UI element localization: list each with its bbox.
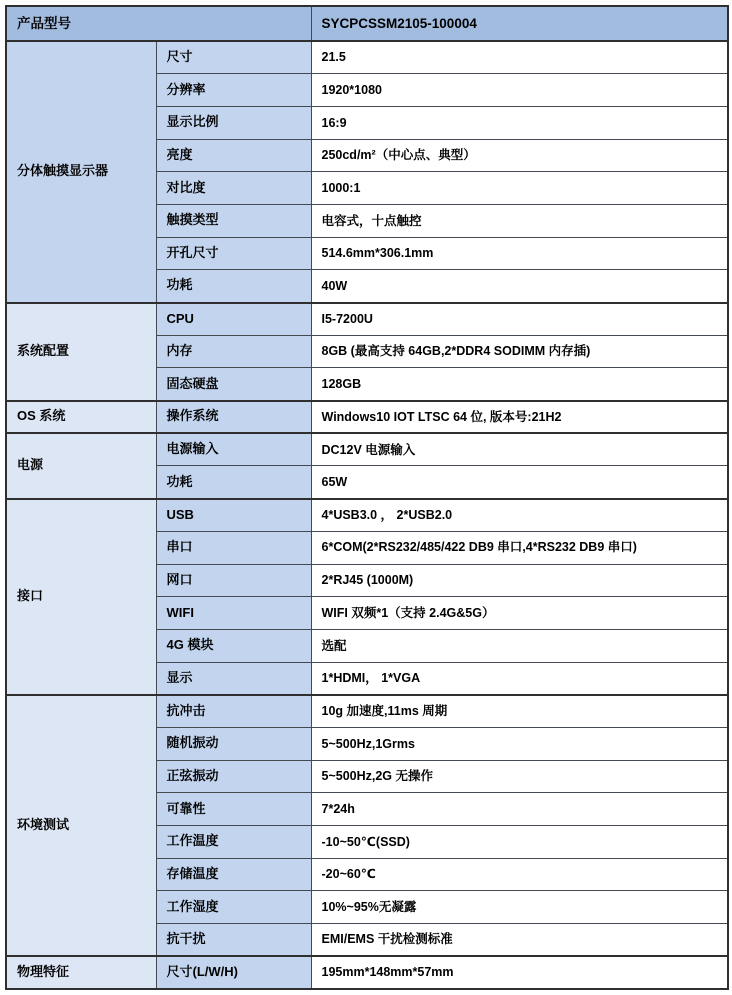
spec-label: 亮度 — [156, 139, 311, 172]
spec-label: 分辨率 — [156, 74, 311, 107]
spec-label: 工作湿度 — [156, 891, 311, 924]
spec-label: 对比度 — [156, 172, 311, 205]
spec-label: 显示比例 — [156, 106, 311, 139]
section-cell-display: 分体触摸显示器 — [6, 41, 156, 303]
spec-value: Windows10 IOT LTSC 64 位, 版本号:21H2 — [311, 401, 728, 434]
table-row: 系统配置 CPU I5-7200U — [6, 303, 728, 336]
spec-label: 显示 — [156, 662, 311, 695]
section-cell-power: 电源 — [6, 433, 156, 498]
spec-label: 操作系统 — [156, 401, 311, 434]
spec-value: 1920*1080 — [311, 74, 728, 107]
spec-label: 触摸类型 — [156, 204, 311, 237]
table-row: OS 系统 操作系统 Windows10 IOT LTSC 64 位, 版本号:… — [6, 401, 728, 434]
spec-label: 随机振动 — [156, 727, 311, 760]
spec-label: 串口 — [156, 531, 311, 564]
section-cell-physical: 物理特征 — [6, 956, 156, 989]
spec-label: 内存 — [156, 335, 311, 368]
section-cell-io: 接口 — [6, 499, 156, 695]
spec-label: 电源输入 — [156, 433, 311, 466]
spec-value: WIFI 双频*1（支持 2.4G&5G） — [311, 597, 728, 630]
spec-value: 10%~95%无凝露 — [311, 891, 728, 924]
table-row: 环境测试 抗冲击 10g 加速度,11ms 周期 — [6, 695, 728, 728]
spec-label: 开孔尺寸 — [156, 237, 311, 270]
spec-value: 21.5 — [311, 41, 728, 74]
spec-value: 128GB — [311, 368, 728, 401]
spec-value: 65W — [311, 466, 728, 499]
spec-label: 固态硬盘 — [156, 368, 311, 401]
product-spec-table: 产品型号 SYCPCSSM2105-100004 分体触摸显示器 尺寸 21.5… — [5, 5, 729, 990]
table-header-row: 产品型号 SYCPCSSM2105-100004 — [6, 6, 728, 41]
spec-value: DC12V 电源输入 — [311, 433, 728, 466]
table-row: 物理特征 尺寸(L/W/H) 195mm*148mm*57mm — [6, 956, 728, 989]
spec-label: CPU — [156, 303, 311, 336]
spec-label: USB — [156, 499, 311, 532]
spec-label: 存储温度 — [156, 858, 311, 891]
table-row: 接口 USB 4*USB3.0 ， 2*USB2.0 — [6, 499, 728, 532]
spec-value: 10g 加速度,11ms 周期 — [311, 695, 728, 728]
section-cell-environment: 环境测试 — [6, 695, 156, 957]
spec-value: 电容式，十点触控 — [311, 204, 728, 237]
spec-label: 抗冲击 — [156, 695, 311, 728]
spec-value: EMI/EMS 干扰检测标准 — [311, 924, 728, 957]
spec-label: 功耗 — [156, 466, 311, 499]
spec-label: 正弦振动 — [156, 760, 311, 793]
table-row: 电源 电源输入 DC12V 电源输入 — [6, 433, 728, 466]
spec-value: 6*COM(2*RS232/485/422 DB9 串口,4*RS232 DB9… — [311, 531, 728, 564]
spec-value: 4*USB3.0 ， 2*USB2.0 — [311, 499, 728, 532]
spec-value: 40W — [311, 270, 728, 303]
spec-value: 514.6mm*306.1mm — [311, 237, 728, 270]
spec-label: 尺寸(L/W/H) — [156, 956, 311, 989]
spec-label: 4G 模块 — [156, 629, 311, 662]
section-cell-system: 系统配置 — [6, 303, 156, 401]
table-row: 分体触摸显示器 尺寸 21.5 — [6, 41, 728, 74]
spec-value: 1000:1 — [311, 172, 728, 205]
spec-label: WIFI — [156, 597, 311, 630]
spec-value: -10~50℃(SSD) — [311, 826, 728, 859]
spec-value: 250cd/m²（中心点、典型） — [311, 139, 728, 172]
spec-label: 尺寸 — [156, 41, 311, 74]
spec-value: 7*24h — [311, 793, 728, 826]
spec-label: 工作温度 — [156, 826, 311, 859]
spec-label: 网口 — [156, 564, 311, 597]
spec-value: 8GB (最高支持 64GB,2*DDR4 SODIMM 内存插) — [311, 335, 728, 368]
spec-value: 选配 — [311, 629, 728, 662]
spec-value: 16:9 — [311, 106, 728, 139]
spec-value: 5~500Hz,2G 无操作 — [311, 760, 728, 793]
spec-value: 5~500Hz,1Grms — [311, 727, 728, 760]
section-cell-os: OS 系统 — [6, 401, 156, 434]
spec-value: 2*RJ45 (1000M) — [311, 564, 728, 597]
spec-value: 195mm*148mm*57mm — [311, 956, 728, 989]
spec-value: I5-7200U — [311, 303, 728, 336]
spec-value: 1*HDMI， 1*VGA — [311, 662, 728, 695]
spec-label: 抗干扰 — [156, 924, 311, 957]
spec-value: -20~60℃ — [311, 858, 728, 891]
spec-label: 功耗 — [156, 270, 311, 303]
product-model-value: SYCPCSSM2105-100004 — [311, 6, 728, 41]
product-model-label: 产品型号 — [6, 6, 311, 41]
spec-label: 可靠性 — [156, 793, 311, 826]
